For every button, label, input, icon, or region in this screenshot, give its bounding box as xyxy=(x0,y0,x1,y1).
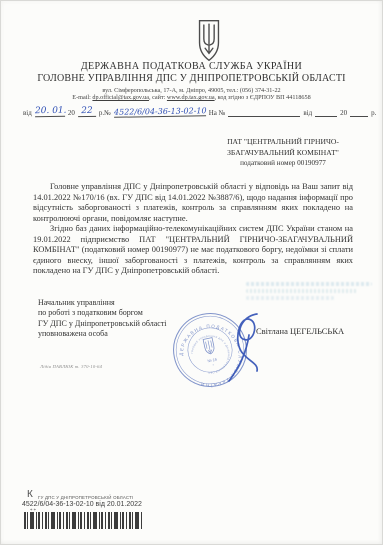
signatory-position: Начальник управління по роботі з податко… xyxy=(38,298,167,340)
email-label: E-mail: xyxy=(72,94,92,101)
ukraine-trident-shield-icon xyxy=(196,19,222,62)
recipient-name-line2: ЗБАГАЧУВАЛЬНИЙ КОМБІНАТ" xyxy=(200,147,366,158)
position-line1: Начальник управління xyxy=(38,298,167,308)
org-contacts: E-mail: dp.official@tax.gov.ua, сайт: ww… xyxy=(0,94,383,101)
position-line4: уповноважена особа xyxy=(38,329,167,339)
edrpou-code: , код згідно з ЄДРПОУ ВП 44118658 xyxy=(215,94,311,101)
body-paragraph-1: Головне управління ДПС у Дніпропетровськ… xyxy=(33,182,353,224)
reference-line: від 20. 01. 20 22 р. № 4522/6/04-36-13-0… xyxy=(23,106,367,117)
recipient-tax-number: податковий номер 00190977 xyxy=(200,158,366,169)
footer-corner-mark: К xyxy=(27,489,33,500)
stamp-star-icon: * xyxy=(212,363,215,367)
reply-from-label: від xyxy=(303,109,312,117)
recipient-block: ПАТ "ЦЕНТРАЛЬНИЙ ГІРНИЧО- ЗБАГАЧУВАЛЬНИЙ… xyxy=(200,136,366,169)
org-address: вул. Сімферопольська, 17-А, м. Дніпро, 4… xyxy=(0,87,383,94)
footer-org-name: ГУ ДПС У ДНІПРОПЕТРОВСЬКІЙ ОБЛАСТІ xyxy=(38,495,133,500)
reply-year-suffix: р. xyxy=(371,109,376,117)
position-line2: по роботі з податковим боргом xyxy=(38,308,167,318)
reply-year-prefix: 20 xyxy=(340,109,347,117)
position-line3: ГУ ДПС у Дніпропетровській області xyxy=(38,319,167,329)
from-label: від xyxy=(23,109,32,117)
email-link: dp.official@tax.gov.ua xyxy=(92,94,149,101)
number-label: № xyxy=(104,109,111,117)
document-barcode xyxy=(24,512,142,529)
handwritten-year: 22 xyxy=(78,106,96,117)
year-prefix: 20 xyxy=(68,109,75,117)
reply-label: На № xyxy=(209,109,226,117)
site-link: www.dp.tax.gov.ua xyxy=(167,94,215,101)
handwritten-date: 20. 01. xyxy=(35,106,65,118)
site-label: , сайт: xyxy=(149,94,167,101)
reply-date-blank xyxy=(315,116,337,117)
body-paragraph-2: Згідно баз даних інформаційно-телекомуні… xyxy=(33,224,353,277)
reply-number-blank xyxy=(228,116,300,117)
org-name-line2: ГОЛОВНЕ УПРАВЛІННЯ ДПС У ДНІПРОПЕТРОВСЬК… xyxy=(0,73,383,84)
letter-body: Головне управління ДПС у Дніпропетровськ… xyxy=(33,182,353,277)
reply-year-blank xyxy=(350,116,368,117)
stamp-number: № 16 xyxy=(207,357,217,364)
executor-note: Лідія ПАВЛЮК т. 370-10-64 xyxy=(40,364,102,369)
handwritten-doc-number: 4522/6/04-36-13-02-10 xyxy=(114,106,206,118)
bleedthrough-ghost-text xyxy=(246,282,372,303)
handwritten-signature xyxy=(221,309,271,387)
org-name-line1: ДЕРЖАВНА ПОДАТКОВА СЛУЖБА УКРАЇНИ xyxy=(0,61,383,72)
footer-doc-number: 4522/6/04-36-13-02-10 від 20.01.2022 xyxy=(22,501,142,508)
scanned-letter-page: ДЕРЖАВНА ПОДАТКОВА СЛУЖБА УКРАЇНИ ГОЛОВН… xyxy=(0,0,383,545)
recipient-name-line1: ПАТ "ЦЕНТРАЛЬНИЙ ГІРНИЧО- xyxy=(200,136,366,147)
